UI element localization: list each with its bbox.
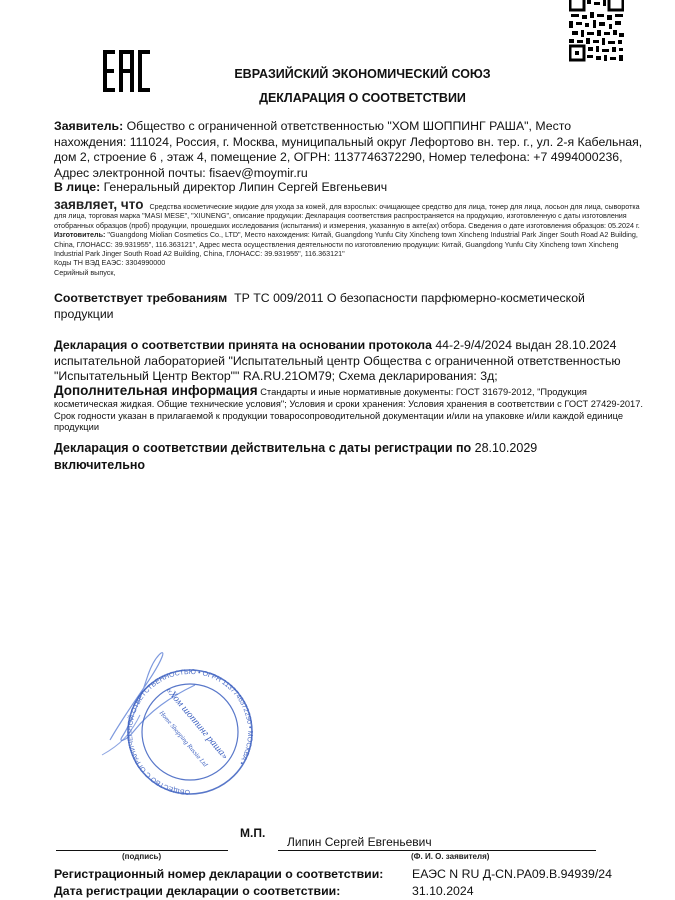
validity-suffix: включительно: [54, 458, 145, 472]
stamp-place-label: М.П.: [240, 826, 265, 840]
applicant-text: Общество с ограниченной ответственностью…: [54, 119, 642, 180]
validity-date: 28.10.2029: [475, 441, 538, 455]
basis-section: Декларация о соответствии принята на осн…: [54, 338, 644, 385]
name-caption: (Ф. И. О. заявителя): [411, 852, 489, 861]
validity-section: Декларация о соответствии действительна …: [54, 440, 644, 473]
basis-label: Декларация о соответствии принята на осн…: [54, 338, 432, 352]
additional-info-section: Дополнительная информация Стандарты и ин…: [54, 385, 644, 434]
represented-by-text: Генеральный директор Липин Сергей Евгень…: [104, 180, 388, 194]
name-line: [278, 850, 596, 851]
declares-section: заявляет, что Средства косметические жид…: [54, 200, 644, 277]
applicant-section: Заявитель: Общество с ограниченной ответ…: [54, 119, 644, 181]
registration-number-label: Регистрационный номер декларации о соотв…: [54, 867, 383, 881]
additional-info-label: Дополнительная информация: [54, 383, 258, 398]
document-title: ДЕКЛАРАЦИЯ О СООТВЕТСТВИИ: [0, 91, 675, 105]
signature-line: [56, 850, 228, 851]
release-type: Серийный выпуск,: [54, 268, 116, 277]
declares-label: заявляет, что: [54, 197, 143, 212]
validity-label: Декларация о соответствии действительна …: [54, 441, 471, 455]
registration-number: ЕАЭС N RU Д-CN.РА09.В.94939/24: [412, 867, 612, 881]
customs-codes: Коды ТН ВЭД ЕАЭС: 3304990000: [54, 258, 165, 267]
applicant-name: Липин Сергей Евгеньевич: [287, 835, 432, 849]
applicant-label: Заявитель:: [54, 119, 123, 133]
represented-by-section: В лице: Генеральный директор Липин Серге…: [54, 180, 644, 196]
registration-date-label: Дата регистрации декларации о соответств…: [54, 884, 340, 898]
signature-caption: (подпись): [122, 852, 161, 861]
complies-label: Соответствует требованиям: [54, 291, 227, 305]
complies-section: Соответствует требованиям ТР ТС 009/2011…: [54, 291, 644, 322]
registration-date: 31.10.2024: [412, 884, 474, 898]
stamp-inner-text-2: Home Shopping Russia Ltd: [157, 709, 209, 769]
represented-by-label: В лице:: [54, 180, 100, 194]
manufacturer-label: Изготовитель:: [54, 230, 105, 239]
union-title: ЕВРАЗИЙСКИЙ ЭКОНОМИЧЕСКИЙ СОЮЗ: [0, 67, 675, 81]
qr-code: [569, 0, 624, 63]
company-stamp: ОБЩЕСТВО С ОГРАНИЧЕННОЙ ОТВЕТСТВЕННОСТЬЮ…: [100, 645, 270, 810]
manufacturer-text: "Guangdong Miolian Cosmetics Co., LTD", …: [54, 230, 638, 258]
